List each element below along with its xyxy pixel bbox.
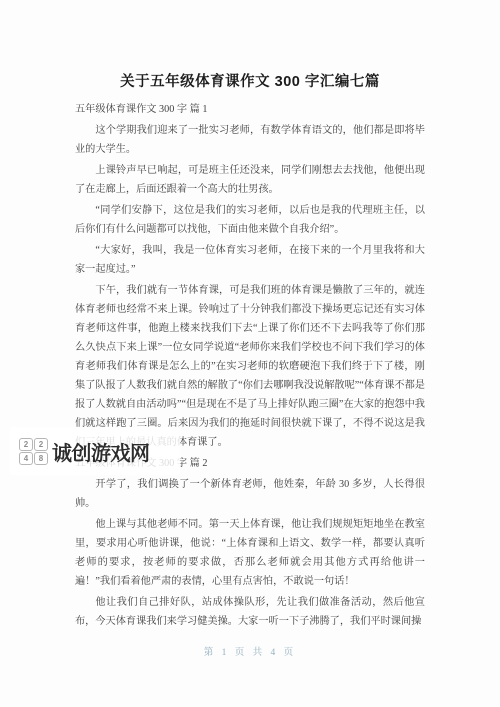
essay-content: 五年级体育课作文 300 字 篇 1 这个学期我们迎来了一批实习老师，有数学体育… — [75, 100, 425, 631]
section-1-paragraph-2: 上课铃声早已响起，可是班主任还没来，同学们刚想去去找他，他便出现了在走廊上，后面… — [75, 161, 425, 199]
document-page: 关于五年级体育课作文 300 字汇编七篇 五年级体育课作文 300 字 篇 1 … — [0, 0, 500, 707]
grid-number-cell: 2 — [19, 438, 33, 451]
watermark-site-name: 诚创游戏网 — [52, 437, 150, 466]
number-grid-icon: 2 2 4 8 — [19, 438, 48, 465]
page-number-footer: 第 1 页 共 4 页 — [0, 644, 500, 658]
section-1-paragraph-4: “大家好，我叫，我是一位体育实习老师，在接下来的一个月里我将和大家一起度过。” — [75, 241, 425, 279]
section-2-paragraph-3: 他让我们自己排好队，站成体操队形，先让我们做准备活动，然后他宣布，今天体育课我们… — [75, 593, 425, 631]
section-1-heading: 五年级体育课作文 300 字 篇 1 — [75, 100, 425, 119]
grid-number-cell: 8 — [34, 452, 48, 465]
section-1-paragraph-3: “同学们安静下，这位是我们的实习老师，以后也是我的代理班主任，以后你们有什么问题… — [75, 201, 425, 239]
section-1-paragraph-1: 这个学期我们迎来了一批实习老师，有数学体育语文的，他们都是即将毕业的大学生。 — [75, 121, 425, 159]
grid-number-cell: 4 — [19, 452, 33, 465]
grid-number-cell: 2 — [34, 438, 48, 451]
section-2-paragraph-2: 他上课与其他老师不同。第一天上体育课，他让我们规规矩矩地坐在教室里，要求用心听他… — [75, 515, 425, 591]
section-2-paragraph-1: 开学了，我们调换了一个新体育老师，他姓秦，年龄 30 多岁，人长得很帅。 — [75, 475, 425, 513]
site-watermark: 2 2 4 8 诚创游戏网 — [10, 427, 180, 475]
page-title: 关于五年级体育课作文 300 字汇编七篇 — [0, 0, 500, 91]
